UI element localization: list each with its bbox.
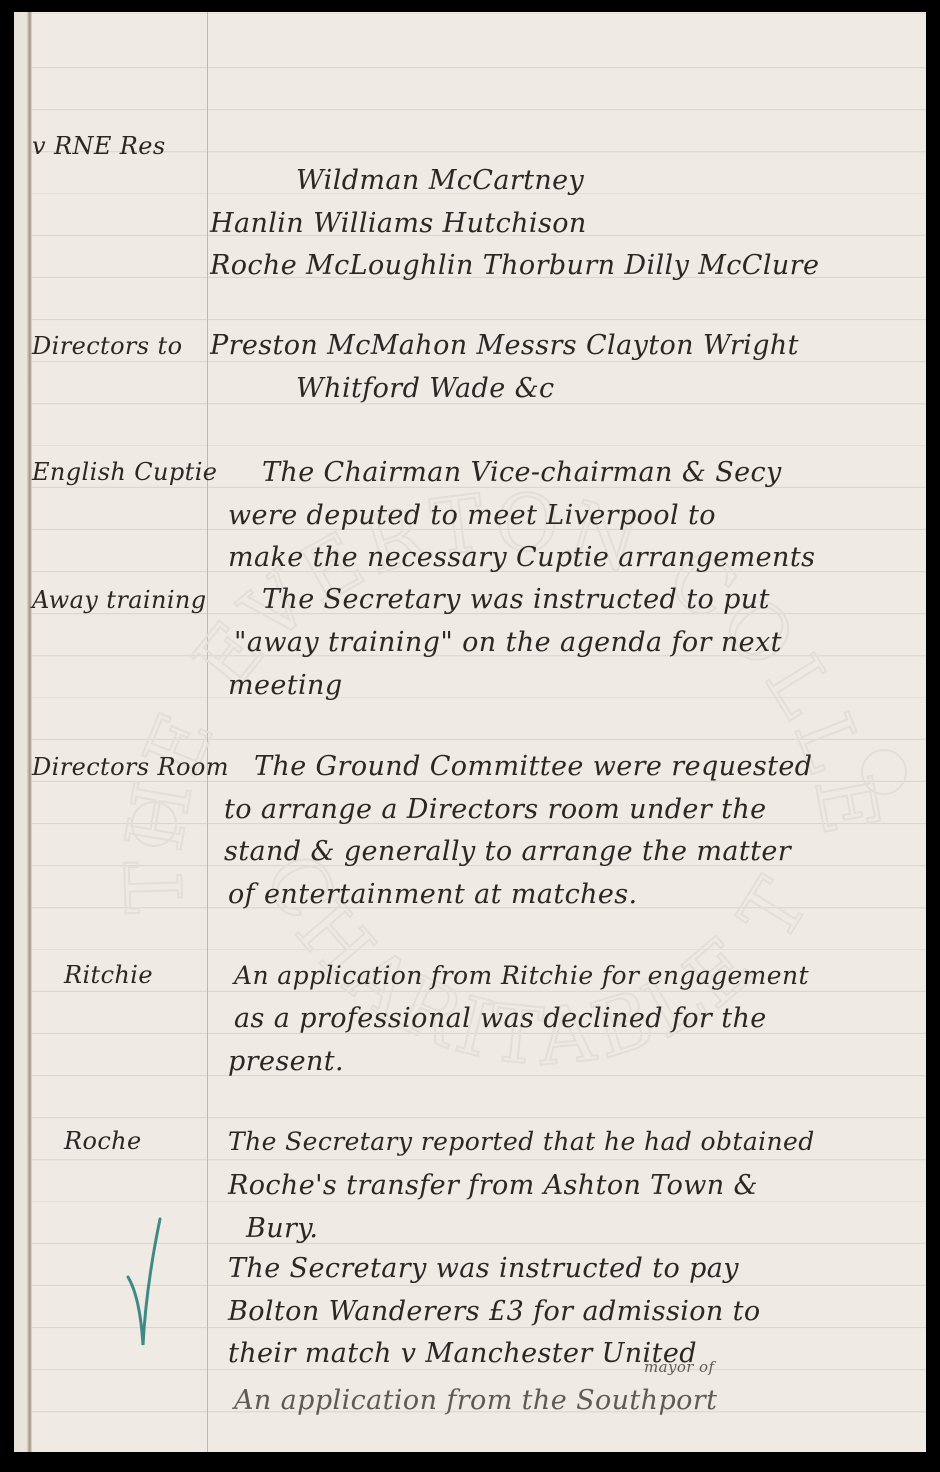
entry-line: stand & generally to arrange the matter [224,838,791,865]
entry-line: meeting [228,672,343,699]
side-heading: Roche [64,1129,142,1153]
entry-line: "away training" on the agenda for next [234,629,782,656]
entry-line: to arrange a Directors room under the [224,796,767,823]
entry-line: Bolton Wanderers £3 for admission to [228,1298,761,1325]
entry-line: Bury. [246,1215,318,1242]
side-heading: English Cuptie [32,460,217,484]
entry-line: Preston McMahon Messrs Clayton Wright [210,332,799,359]
entry-line: The Secretary was instructed to put [262,586,770,613]
entry-line: make the necessary Cuptie arrangements [228,544,815,571]
entry-line: The Secretary reported that he had obtai… [228,1129,815,1154]
side-heading: v RNE Res [32,134,166,158]
entry-line: were deputed to meet Liverpool to [228,502,716,529]
entry-line: Whitford Wade &c [296,375,555,402]
entry-line: An application from the Southport [234,1387,717,1414]
entry-line: The Chairman Vice-chairman & Secy [262,459,782,486]
insertion-note: mayor of [644,1360,714,1375]
entry-line: Wildman McCartney [296,167,584,194]
side-heading: Directors Room [32,755,229,779]
red-margin-rule [207,12,208,1452]
side-heading: Away training [32,588,207,612]
entry-line: present. [228,1048,344,1075]
entry-line: their match v Manchester United [228,1340,697,1367]
entry-line: of entertainment at matches. [228,881,638,908]
check-mark-icon [126,1217,166,1357]
side-heading: Directors to [32,334,182,358]
entry-line: Roche's transfer from Ashton Town & [228,1172,758,1199]
entry-line: The Secretary was instructed to pay [228,1255,739,1282]
page-binding-edge [14,12,32,1452]
entry-line: An application from Ritchie for engageme… [234,963,809,988]
minute-book-page: THE EVERTON COLLECTION CHARITABLE TRUST … [14,12,926,1452]
entry-line: Hanlin Williams Hutchison [210,210,587,237]
entry-line: Roche McLoughlin Thorburn Dilly McClure [210,252,819,279]
entry-line: The Ground Committee were requested [254,753,812,780]
entry-line: as a professional was declined for the [234,1005,767,1032]
side-heading: Ritchie [64,963,153,987]
